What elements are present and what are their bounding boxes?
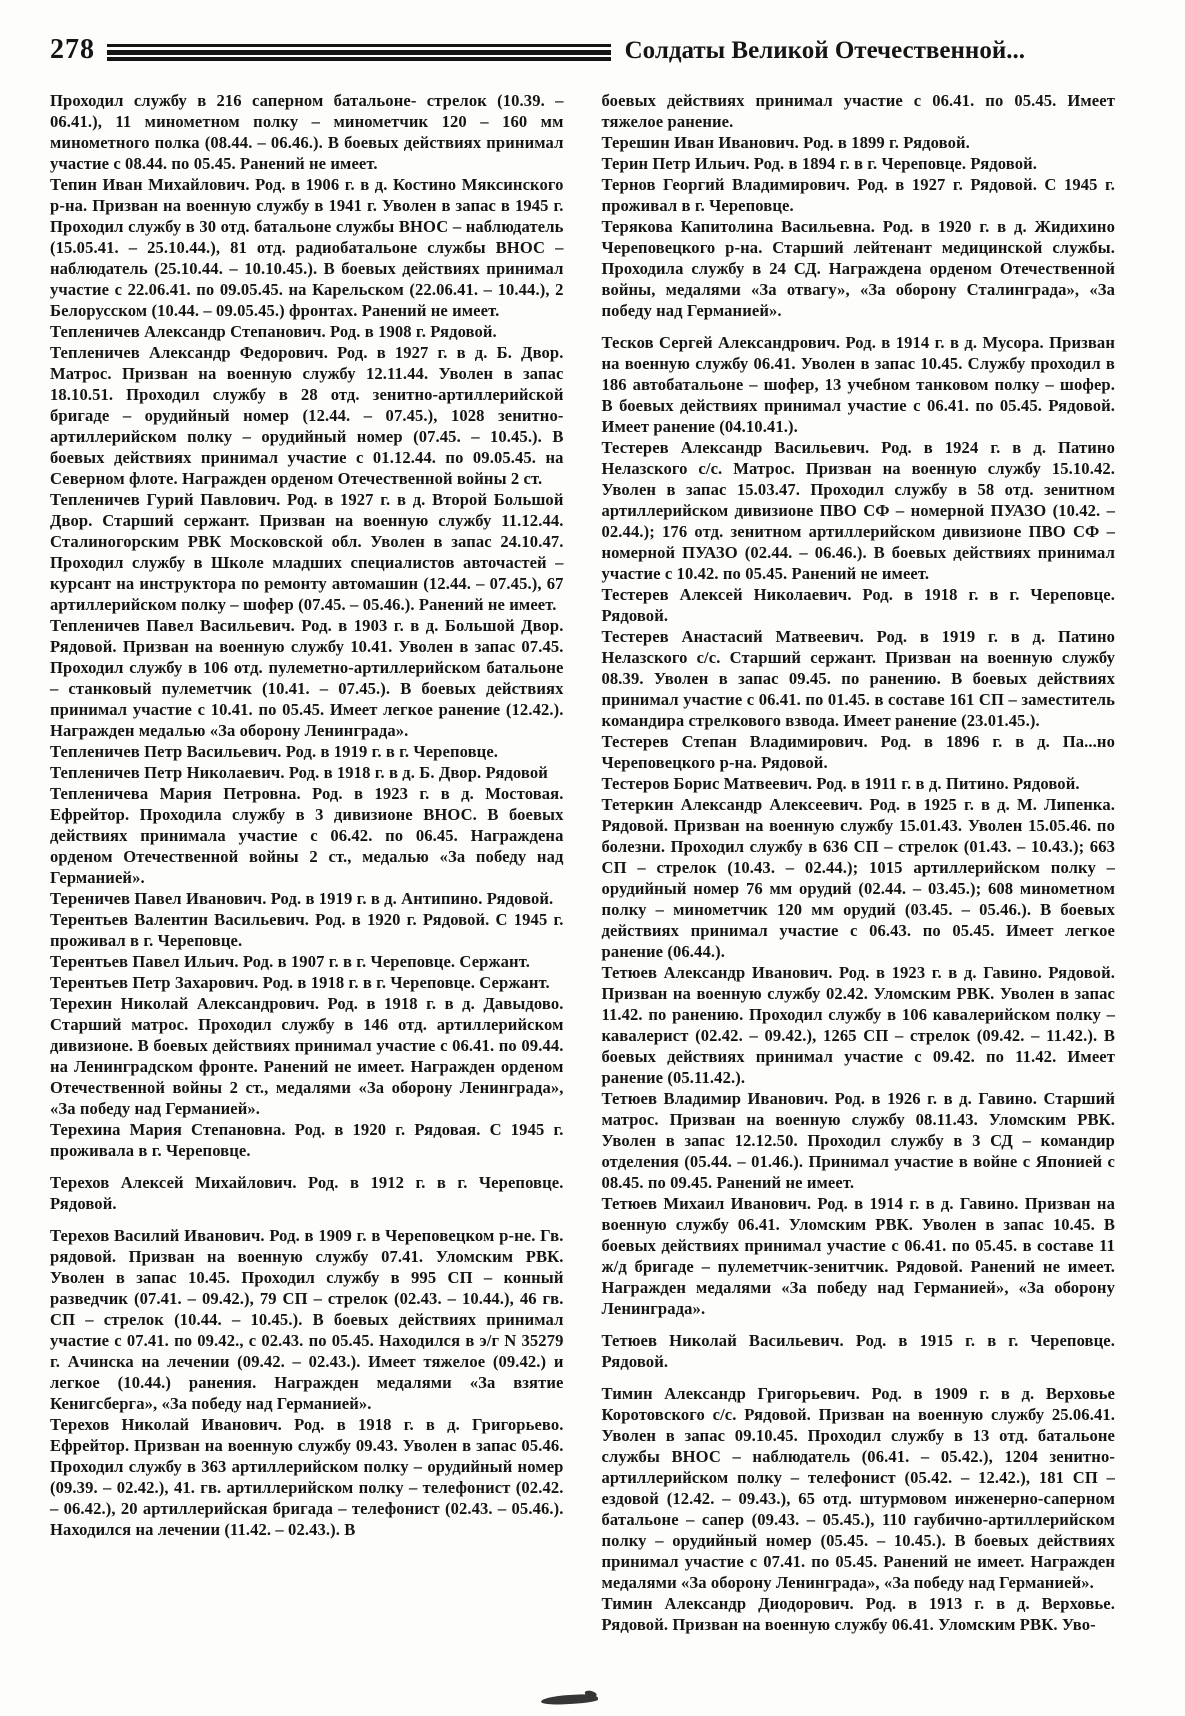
page-number: 278 [50,36,95,64]
entry-paragraph: Тестерев Александр Васильевич. Род. в 19… [602,437,1116,584]
entry-paragraph: Тетюев Михаил Иванович. Род. в 1914 г. в… [602,1193,1116,1319]
entry-paragraph: Терехина Мария Степановна. Род. в 1920 г… [50,1119,564,1161]
text-columns: Проходил службу в 216 саперном батальоне… [0,64,1185,1635]
entry-paragraph: Терентьев Петр Захарович. Род. в 1918 г.… [50,972,564,993]
entry-paragraph: Тесков Сергей Александрович. Род. в 1914… [602,332,1116,437]
entry-paragraph: Терентьев Павел Ильич. Род. в 1907 г. в … [50,951,564,972]
running-title: Солдаты Великой Отечественной... [625,38,1025,63]
entry-paragraph: Терин Петр Ильич. Род. в 1894 г. в г. Че… [602,153,1116,174]
page-header: 278 Солдаты Великой Отечественной... [0,0,1185,64]
entry-paragraph: Тестерев Анастасий Матвеевич. Род. в 191… [602,626,1116,731]
ink-smudge [541,1694,598,1706]
entry-paragraph: Тетюев Владимир Иванович. Род. в 1926 г.… [602,1088,1116,1193]
entry-paragraph: Терехов Николай Иванович. Род. в 1918 г.… [50,1414,564,1540]
entry-paragraph: Тепленичев Павел Васильевич. Род. в 1903… [50,615,564,741]
entry-paragraph: Тепленичев Гурий Павлович. Род. в 1927 г… [50,489,564,615]
entry-paragraph: боевых действиях принимал участие с 06.4… [602,90,1116,132]
entry-paragraph: Тетюев Николай Васильевич. Род. в 1915 г… [602,1330,1116,1372]
entry-paragraph: Терехов Василий Иванович. Род. в 1909 г.… [50,1225,564,1414]
entry-paragraph: Терехов Алексей Михайлович. Род. в 1912 … [50,1172,564,1214]
entry-paragraph: Тернов Георгий Владимирович. Род. в 1927… [602,174,1116,216]
entry-paragraph: Терентьев Валентин Васильевич. Род. в 19… [50,909,564,951]
entry-paragraph: Тимин Александр Диодорович. Род. в 1913 … [602,1593,1116,1635]
header-rule [107,44,611,61]
left-column: Проходил службу в 216 саперном батальоне… [50,90,564,1635]
entry-paragraph: Тепленичев Александр Федорович. Род. в 1… [50,342,564,489]
entry-paragraph: Проходил службу в 216 саперном батальоне… [50,90,564,174]
right-column: боевых действиях принимал участие с 06.4… [602,90,1116,1635]
entry-paragraph: Тетеркин Александр Алексеевич. Род. в 19… [602,794,1116,962]
entry-paragraph: Тереничев Павел Иванович. Род. в 1919 г.… [50,888,564,909]
entry-paragraph: Терехин Николай Александрович. Род. в 19… [50,993,564,1119]
entry-paragraph: Тестерев Степан Владимирович. Род. в 189… [602,731,1116,773]
entry-paragraph: Тетюев Александр Иванович. Род. в 1923 г… [602,962,1116,1088]
entry-paragraph: Тестеров Борис Матвеевич. Род. в 1911 г.… [602,773,1116,794]
entry-paragraph: Тепленичев Петр Васильевич. Род. в 1919 … [50,741,564,762]
entry-paragraph: Тепленичев Александр Степанович. Род. в … [50,321,564,342]
entry-paragraph: Тимин Александр Григорьевич. Род. в 1909… [602,1383,1116,1593]
entry-paragraph: Тепленичева Мария Петровна. Род. в 1923 … [50,783,564,888]
entry-paragraph: Тепленичев Петр Николаевич. Род. в 1918 … [50,762,564,783]
entry-paragraph: Терякова Капитолина Васильевна. Род. в 1… [602,216,1116,321]
entry-paragraph: Терешин Иван Иванович. Род. в 1899 г. Ря… [602,132,1116,153]
entry-paragraph: Тестерев Алексей Николаевич. Род. в 1918… [602,584,1116,626]
entry-paragraph: Тепин Иван Михайлович. Род. в 1906 г. в … [50,174,564,321]
book-page: 278 Солдаты Великой Отечественной... Про… [0,0,1185,1716]
